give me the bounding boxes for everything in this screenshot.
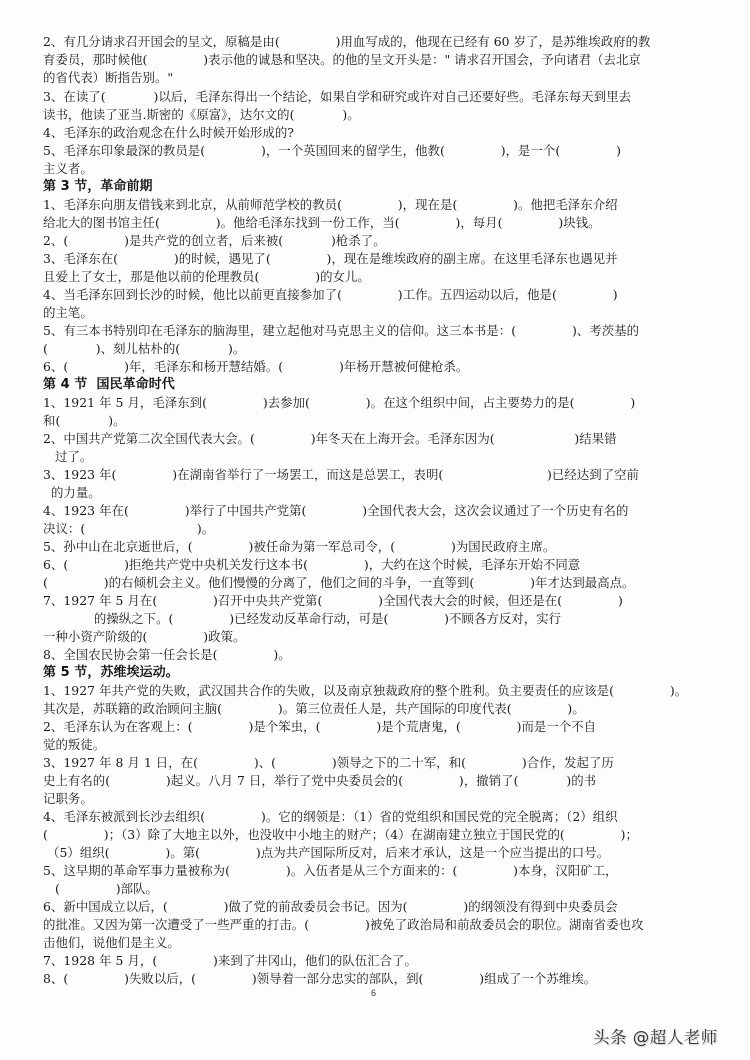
text-line: 记职务。 <box>43 790 93 807</box>
text-line: 的力量。 <box>47 484 101 501</box>
text-line: 4、1923 年在( )举行了中国共产党第( )全国代表大会，这次会议通过了一个… <box>43 502 628 519</box>
text-line: 1、1927 年共产党的失败，武汉国共合作的失败，以及南京独裁政府的整个胜利。负… <box>43 682 687 699</box>
text-line: 5、毛泽东印象最深的教员是( )，一个英国回来的留学生，他教( )，是一个( ) <box>43 142 621 159</box>
text-line: 2、( )是共产党的创立者，后来被( )枪杀了。 <box>43 232 386 249</box>
text-line: 读书，他读了亚当.斯密的《原富》，达尔文的( )。 <box>43 106 360 123</box>
text-line: 8、全国农民协会第一任会长是( )。 <box>43 646 291 663</box>
text-line: 的操纵之下。( )已经发动反革命行动，可是( )不顾各方反对，实行 <box>62 610 561 627</box>
text-line: 且爱上了女士，那是他以前的伦理教员( )的女儿。 <box>43 268 370 285</box>
text-line: 主义者。 <box>43 160 93 177</box>
text-line: 7、1928 年 5 月，( )来到了井冈山，他们的队伍汇合了。 <box>43 952 417 969</box>
watermark: 头条 @超人老师 <box>593 1024 718 1048</box>
text-line: 给北大的图书馆主任( )。他给毛泽东找到一份工作，当( )，每月( )块钱。 <box>43 214 601 231</box>
text-line: 4、当毛泽东回到长沙的时候，他比以前更直接参加了( )工作。五四运动以后，他是(… <box>43 286 618 303</box>
text-line: 的省代表）断指告别。" <box>43 69 173 86</box>
text-line: 育委员，那时候他( )表示他的诚恳和坚决。的他的呈文开头是：" 请求召开国会，予… <box>43 51 641 68</box>
text-line: 3、毛泽东在( )的时候，遇见了( )，现在是维埃政府的副主席。在这里毛泽东也遇… <box>43 250 618 267</box>
text-line: ( )；（3）除了大地主以外，也没收中小地主的财产；（4）在湖南建立独立于国民党… <box>43 826 638 843</box>
section-heading: 第 5 节，苏维埃运动。 <box>43 664 179 681</box>
section-heading: 第 4 节 国民革命时代 <box>43 376 175 393</box>
section-heading: 第 3 节，革命前期 <box>43 178 153 195</box>
text-line: 6、( )年，毛泽东和杨开慧结婚。( )年杨开慧被何健枪杀。 <box>43 358 468 375</box>
text-line: 4、毛泽东的政治观念在什么时候开始形成的? <box>43 124 294 141</box>
text-line: 和( )。 <box>43 412 126 429</box>
text-line: 决议：( )。 <box>43 520 214 537</box>
text-line: 6、新中国成立以后，( )做了党的前敌委员会书记。因为( )的纲领没有得到中央委… <box>43 898 618 915</box>
text-line: （5）组织( )。第( )点为共产国际所反对，后来才承认，这是一个应当提出的口号… <box>47 844 609 861</box>
text-line: 觉的叛徒。 <box>43 736 105 753</box>
text-line: 7、1927 年 5 月在( )召开中央共产党第( )全国代表大会的时候，但还是… <box>43 592 623 609</box>
text-line: 一种小资产阶级的( )政策。 <box>43 628 245 645</box>
text-line: 1、1921 年 5 月，毛泽东到( )去参加( )。在这个组织中间，占主要势力… <box>43 394 635 411</box>
text-line: 3、在读了( )以后，毛泽东得出一个结论，如果自学和研究或许对自己还要好些。毛泽… <box>43 88 631 105</box>
text-line: 8、( )失败以后，( )领导着一部分忠实的部队，到( )组成了一个苏维埃。 <box>43 970 596 987</box>
text-line: 3、1923 年( )在湖南省举行了一场罢工，而这是总罢工，表明( )已经达到了… <box>43 466 639 483</box>
page-number: 6 <box>371 988 376 998</box>
text-line: ( )、刻儿枯朴的( )。 <box>43 340 245 357</box>
text-line: 的主笔。 <box>43 304 93 321</box>
text-line: 5、孙中山在北京逝世后，( )被任命为第一军总司令，( )为国民政府主席。 <box>43 538 555 555</box>
text-line: 5、这早期的革命军事力量被称为( )。入伍者是从三个方面来的：( )本身，汉阳矿… <box>43 862 618 879</box>
text-line: 1、毛泽东向朋友借钱来到北京，从前师范学校的教员( )，现在是( )。他把毛泽东… <box>43 196 618 213</box>
text-line: 过了。 <box>47 448 92 465</box>
text-line: 击他们，说他们是主义。 <box>43 934 180 951</box>
text-line: 其次是，苏联籍的政治顾问主脑( )。第三位责任人是，共产国际的印度代表( )。 <box>43 700 585 717</box>
text-line: 2、有几分请求召开国会的呈文，原稿是由( )用血写成的，他现在已经有 60 岁了… <box>43 33 650 50</box>
text-line: ( )的右倾机会主义。他们慢慢的分离了，他们之间的斗争，一直等到( )年才达到最… <box>43 574 635 591</box>
text-line: ( )部队。 <box>47 880 158 897</box>
text-line: 5、有三本书特别印在毛泽东的脑海里，建立起他对马克思主义的信仰。这三本书是：( … <box>43 322 639 339</box>
document-page: 2、有几分请求召开国会的呈文，原稿是由( )用血写成的，他现在已经有 60 岁了… <box>0 0 750 1060</box>
text-line: 2、中国共产党第二次全国代表大会。( )年冬天在上海开会。毛泽东因为( )结果错 <box>43 430 617 447</box>
text-line: 2、毛泽东认为在客观上：( )是个笨虫，( )是个荒唐鬼，( )而是一个不自 <box>43 718 596 735</box>
text-line: 的批准。又因为第一次遭受了一些严重的打击。( )被免了政治局和前敌委员会的职位。… <box>43 916 644 933</box>
text-line: 4、毛泽东被派到长沙去组织( )。它的纲领是：（1）省的党组织和国民党的完全脱离… <box>43 808 618 825</box>
text-line: 史上有名的( )起义。八月 7 日，举行了党中央委员会的( )，撤销了( )的书 <box>43 772 596 789</box>
text-line: 3、1927 年 8 月 1 日，在( )、( )领导之下的二十军，和( )合作… <box>43 754 614 771</box>
text-line: 6、( )拒绝共产党中央机关发行这本书( )，大约在这个时候，毛泽东开始不同意 <box>43 556 580 573</box>
